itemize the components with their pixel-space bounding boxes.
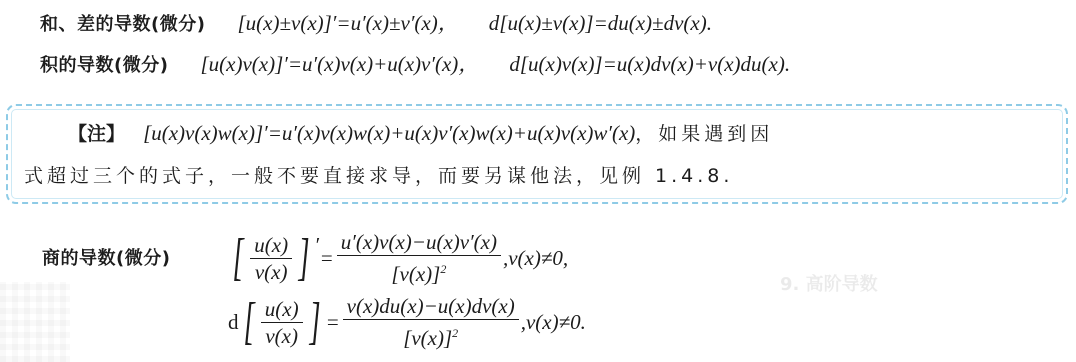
rule-label: 商的导数(微分) — [42, 248, 170, 269]
prime: ′ — [314, 232, 319, 258]
note-line-1: 【注】 [u(x)v(x)w(x)]′=u′(x)v(x)w(x)+u(x)v′… — [68, 120, 773, 147]
bleed-through-text: 9. 高阶导数 — [780, 270, 878, 296]
left-bracket: [ — [233, 232, 244, 284]
quotient-rule-label-row: 商的导数(微分) — [42, 245, 170, 272]
d-prefix: d — [228, 309, 239, 335]
condition: ,v(x)≠0. — [521, 309, 586, 335]
differential-formula: d[u(x)±v(x)]=du(x)±dv(x). — [489, 11, 712, 35]
note-tag: 【注】 — [68, 123, 125, 145]
equals: = — [321, 245, 333, 271]
note-text-tail: ，如果遇到因 — [635, 123, 773, 145]
condition: ,v(x)≠0, — [503, 245, 568, 271]
right-bracket: ] — [309, 296, 320, 348]
sum-difference-rule: 和、差的导数(微分) [u(x)±v(x)]′=u′(x)±v′(x)， d[u… — [40, 10, 712, 38]
lhs-fraction: u(x) v(x) — [261, 297, 303, 348]
faded-qr-code — [0, 282, 70, 362]
product-rule: 积的导数(微分) [u(x)v(x)]′=u′(x)v(x)+u(x)v′(x)… — [40, 51, 790, 79]
rule-label: 积的导数(微分) — [40, 55, 168, 76]
note-box: 【注】 [u(x)v(x)w(x)]′=u′(x)v(x)w(x)+u(x)v′… — [6, 104, 1068, 204]
rhs-fraction: u′(x)v(x)−u(x)v′(x) [v(x)]2 — [337, 230, 501, 286]
rhs-fraction: v(x)du(x)−u(x)dv(x) [v(x)]2 — [343, 294, 519, 350]
lhs-fraction: u(x) v(x) — [250, 233, 292, 284]
quotient-differential-formula: d [ u(x) v(x) ] = v(x)du(x)−u(x)dv(x) [v… — [228, 292, 586, 352]
derivative-formula: [u(x)v(x)]′=u′(x)v(x)+u(x)v′(x)， — [201, 52, 480, 76]
note-formula: [u(x)v(x)w(x)]′=u′(x)v(x)w(x)+u(x)v′(x)w… — [143, 121, 635, 145]
quotient-derivative-formula: [ u(x) v(x) ] ′ = u′(x)v(x)−u(x)v′(x) [v… — [228, 228, 568, 288]
right-bracket: ] — [299, 232, 310, 284]
derivative-formula: [u(x)±v(x)]′=u′(x)±v′(x)， — [238, 11, 459, 35]
differential-formula: d[u(x)v(x)]=u(x)dv(x)+v(x)du(x). — [509, 52, 790, 76]
left-bracket: [ — [243, 296, 254, 348]
note-line-2: 式超过三个的式子，一般不要直接求导，而要另谋他法，见例 1.4.8. — [24, 163, 733, 189]
equals: = — [327, 309, 339, 335]
rule-label: 和、差的导数(微分) — [40, 14, 205, 35]
